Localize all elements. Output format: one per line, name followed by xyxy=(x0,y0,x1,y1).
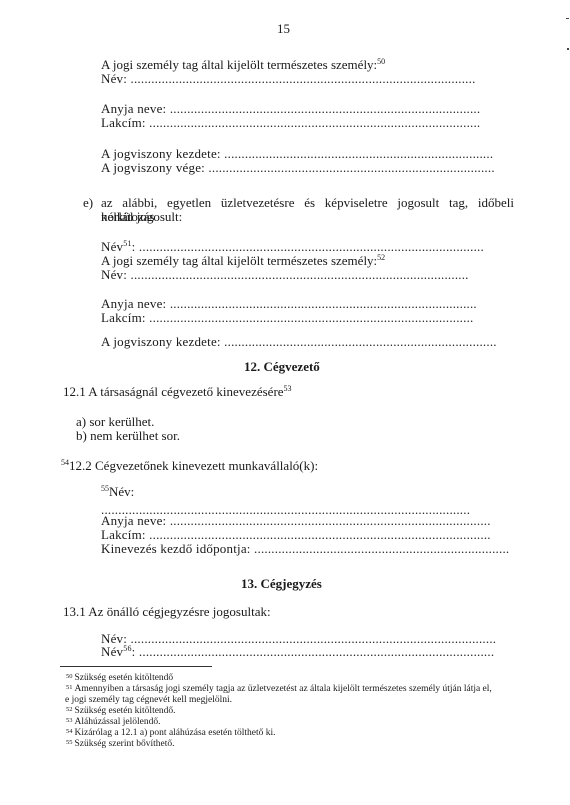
designated-person-label: A jogi személy tag által kijelölt termés… xyxy=(101,58,385,72)
footnote-item: 54Kizárólag a 12.1 a) pont aláhúzása ese… xyxy=(66,728,492,739)
footnote-ref: 50 xyxy=(377,57,385,66)
address-field[interactable]: Lakcím: ................................… xyxy=(101,116,480,130)
question-12-2: 5412.2 Cégvezetőnek kinevezett munkaváll… xyxy=(61,459,318,473)
label-text: Név xyxy=(101,239,123,254)
footnote-text: e jogi személy tag cégnevét kell megjelö… xyxy=(65,695,232,705)
footnote-separator xyxy=(60,666,212,667)
footnote-text: Szükség szerint bővíthető. xyxy=(75,739,175,749)
name-field[interactable]: Név56: .................................… xyxy=(101,645,494,659)
section-13-title: 13. Cégjegyzés xyxy=(241,577,322,591)
name-field[interactable]: Név: ...................................… xyxy=(101,268,469,282)
scan-mark xyxy=(567,48,569,50)
footnote-ref: 53 xyxy=(284,384,292,393)
mother-name-field[interactable]: Anyja neve: ............................… xyxy=(101,297,477,311)
address-field[interactable]: Lakcím: ................................… xyxy=(101,311,473,325)
name-label: 55Név: xyxy=(101,485,134,499)
section-12-title: 12. Cégvezető xyxy=(244,360,320,374)
dots: : ......................................… xyxy=(132,239,484,254)
appointment-start-field[interactable]: Kinevezés kezdő időpontja: .............… xyxy=(101,542,509,556)
footnote-item: 50Szükség esetén kitöltendő xyxy=(66,673,492,684)
page-number: 15 xyxy=(277,22,290,36)
footnote-number: 50 xyxy=(66,673,73,680)
footnote-text: Szükség esetén kitöltendő xyxy=(75,673,174,683)
designated-person-label: A jogi személy tag által kijelölt termés… xyxy=(101,254,385,268)
footnote-number: 53 xyxy=(66,717,73,724)
footnote-number: 52 xyxy=(66,706,73,713)
question-13-1: 13.1 Az önálló cégjegyzésre jogosultak: xyxy=(63,605,271,619)
footnote-item: 52Szükség esetén kitöltendő. xyxy=(66,706,492,717)
question-12-1: 12.1 A társaságnál cégvezető kinevezésér… xyxy=(63,385,292,399)
footnote-item: 53Aláhúzással jelölendő. xyxy=(66,717,492,728)
label-text: Név: xyxy=(109,484,134,499)
dots: : ......................................… xyxy=(132,644,495,659)
footnote-text: Szükség esetén kitöltendő. xyxy=(75,706,176,716)
option-b[interactable]: b) nem kerülhet sor. xyxy=(76,429,180,443)
footnote-item: 55Szükség szerint bővíthető. xyxy=(66,739,492,750)
footnote-item: e jogi személy tag cégnevét kell megjelö… xyxy=(65,695,492,706)
footnote-number: 54 xyxy=(66,728,73,735)
footnote-number: 55 xyxy=(66,739,73,746)
address-field[interactable]: Lakcím: ................................… xyxy=(101,528,491,542)
footnote-ref: 54 xyxy=(61,458,69,467)
footnote-number: 51 xyxy=(66,684,73,691)
option-a[interactable]: a) sor kerülhet. xyxy=(76,415,154,429)
name-field[interactable]: Név51: .................................… xyxy=(101,240,484,254)
scan-mark xyxy=(566,18,569,19)
label-text: A jogi személy tag által kijelölt termés… xyxy=(101,57,377,72)
footnote-ref: 56 xyxy=(123,644,131,653)
item-e-marker: e) xyxy=(83,196,93,210)
relationship-start-field[interactable]: A jogviszony kezdete: ..................… xyxy=(101,147,493,161)
item-e-text-line2: nélkül jogosult: xyxy=(101,210,182,224)
name-field[interactable]: Név: ...................................… xyxy=(101,72,476,86)
mother-name-field[interactable]: Anyja neve: ............................… xyxy=(101,102,480,116)
label-text: Név xyxy=(101,644,123,659)
footnote-ref: 51 xyxy=(123,239,131,248)
label-text: 12.2 Cégvezetőnek kinevezett munkavállal… xyxy=(69,458,318,473)
footnote-text: Kizárólag a 12.1 a) pont aláhúzása eseté… xyxy=(75,728,276,738)
relationship-start-field[interactable]: A jogviszony kezdete: ..................… xyxy=(101,335,497,349)
footnote-text: Amennyiben a társaság jogi személy tagja… xyxy=(75,684,492,694)
label-text: 12.1 A társaságnál cégvezető kinevezésér… xyxy=(63,384,284,399)
footnotes: 50Szükség esetén kitöltendő51Amennyiben … xyxy=(66,673,492,750)
footnote-text: Aláhúzással jelölendő. xyxy=(75,717,161,727)
mother-name-field[interactable]: Anyja neve: ............................… xyxy=(101,514,491,528)
footnote-ref: 55 xyxy=(101,484,109,493)
footnote-item: 51Amennyiben a társaság jogi személy tag… xyxy=(66,684,492,695)
label-text: A jogi személy tag által kijelölt termés… xyxy=(101,253,377,268)
relationship-end-field[interactable]: A jogviszony vége: .....................… xyxy=(101,161,495,175)
footnote-ref: 52 xyxy=(377,253,385,262)
